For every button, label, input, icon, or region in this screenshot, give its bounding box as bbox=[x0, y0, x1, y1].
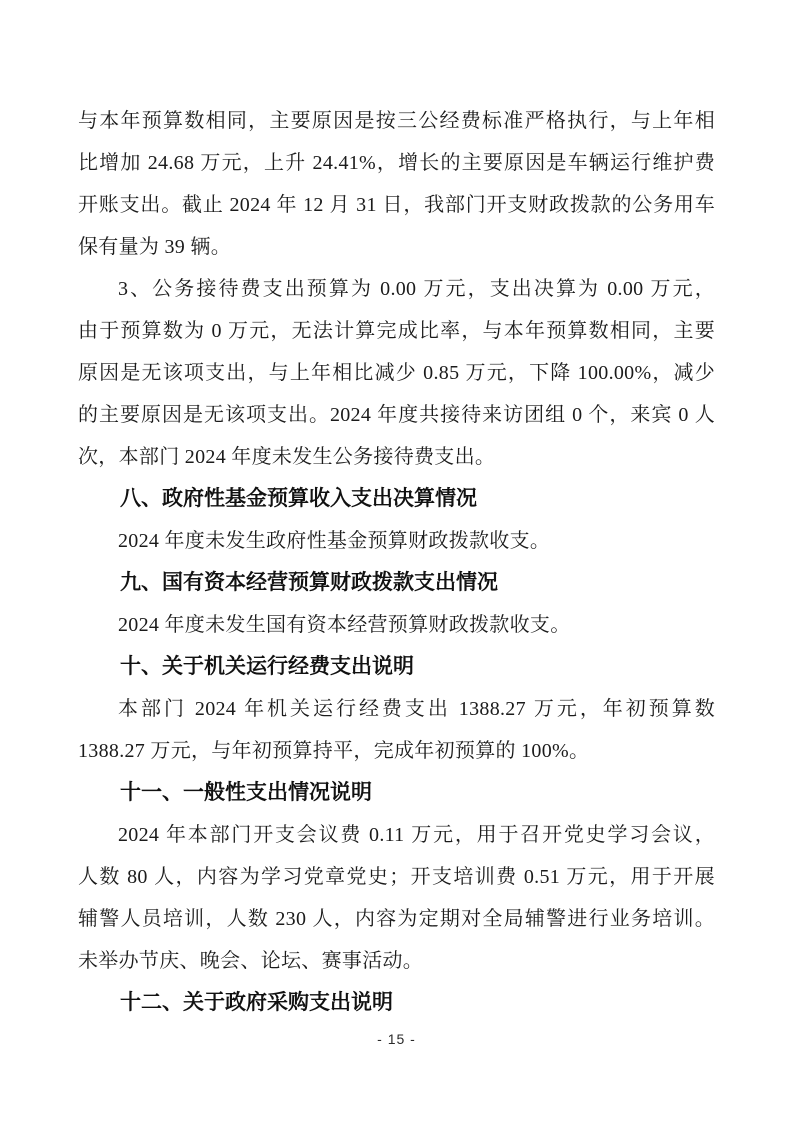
text-line: 开账支出。截止 2024 年 12 月 31 日，我部门开支财政拨款的公务用车 bbox=[78, 184, 715, 226]
text-line: 保有量为 39 辆。 bbox=[78, 226, 715, 268]
heading-section-10-operating-expense: 十、关于机关运行经费支出说明 bbox=[78, 646, 715, 688]
text-line: 的主要原因是无该项支出。2024 年度共接待来访团组 0 个，来宾 0 人 bbox=[78, 394, 715, 436]
text-line: 未举办节庆、晚会、论坛、赛事活动。 bbox=[78, 940, 715, 982]
heading-section-9-state-capital: 九、国有资本经营预算财政拨款支出情况 bbox=[78, 562, 715, 604]
heading-section-12-procurement: 十二、关于政府采购支出说明 bbox=[78, 982, 715, 1024]
text-line: 辅警人员培训，人数 230 人，内容为定期对全局辅警进行业务培训。 bbox=[78, 898, 715, 940]
text-line: 2024 年度未发生国有资本经营预算财政拨款收支。 bbox=[78, 604, 715, 646]
text-line: 本部门 2024 年机关运行经费支出 1388.27 万元，年初预算数 bbox=[78, 688, 715, 730]
text-line: 比增加 24.68 万元，上升 24.41%，增长的主要原因是车辆运行维护费 bbox=[78, 142, 715, 184]
paragraph-government-funds: 2024 年度未发生政府性基金预算财政拨款收支。 bbox=[78, 520, 715, 562]
document-page: 与本年预算数相同，主要原因是按三公经费标准严格执行，与上年相 比增加 24.68… bbox=[0, 0, 793, 1122]
heading-section-8-government-funds: 八、政府性基金预算收入支出决算情况 bbox=[78, 478, 715, 520]
paragraph-operating-expense: 本部门 2024 年机关运行经费支出 1388.27 万元，年初预算数 1388… bbox=[78, 688, 715, 772]
text-line: 2024 年度未发生政府性基金预算财政拨款收支。 bbox=[78, 520, 715, 562]
text-line: 原因是无该项支出，与上年相比减少 0.85 万元，下降 100.00%，减少 bbox=[78, 352, 715, 394]
text-line: 次，本部门 2024 年度未发生公务接待费支出。 bbox=[78, 436, 715, 478]
text-line: 由于预算数为 0 万元，无法计算完成比率，与本年预算数相同，主要 bbox=[78, 310, 715, 352]
text-line: 与本年预算数相同，主要原因是按三公经费标准严格执行，与上年相 bbox=[78, 100, 715, 142]
text-line: 人数 80 人，内容为学习党章党史；开支培训费 0.51 万元，用于开展 bbox=[78, 856, 715, 898]
paragraph-general-expense: 2024 年本部门开支会议费 0.11 万元，用于召开党史学习会议， 人数 80… bbox=[78, 814, 715, 982]
text-line: 1388.27 万元，与年初预算持平，完成年初预算的 100%。 bbox=[78, 730, 715, 772]
page-number-footer: - 15 - bbox=[0, 1031, 793, 1047]
paragraph-official-vehicle: 与本年预算数相同，主要原因是按三公经费标准严格执行，与上年相 比增加 24.68… bbox=[78, 100, 715, 268]
paragraph-official-reception: 3、公务接待费支出预算为 0.00 万元，支出决算为 0.00 万元， 由于预算… bbox=[78, 268, 715, 478]
heading-section-11-general-expense: 十一、一般性支出情况说明 bbox=[78, 772, 715, 814]
document-body: 与本年预算数相同，主要原因是按三公经费标准严格执行，与上年相 比增加 24.68… bbox=[78, 100, 715, 1024]
text-line: 2024 年本部门开支会议费 0.11 万元，用于召开党史学习会议， bbox=[78, 814, 715, 856]
text-line: 3、公务接待费支出预算为 0.00 万元，支出决算为 0.00 万元， bbox=[78, 268, 715, 310]
paragraph-state-capital: 2024 年度未发生国有资本经营预算财政拨款收支。 bbox=[78, 604, 715, 646]
